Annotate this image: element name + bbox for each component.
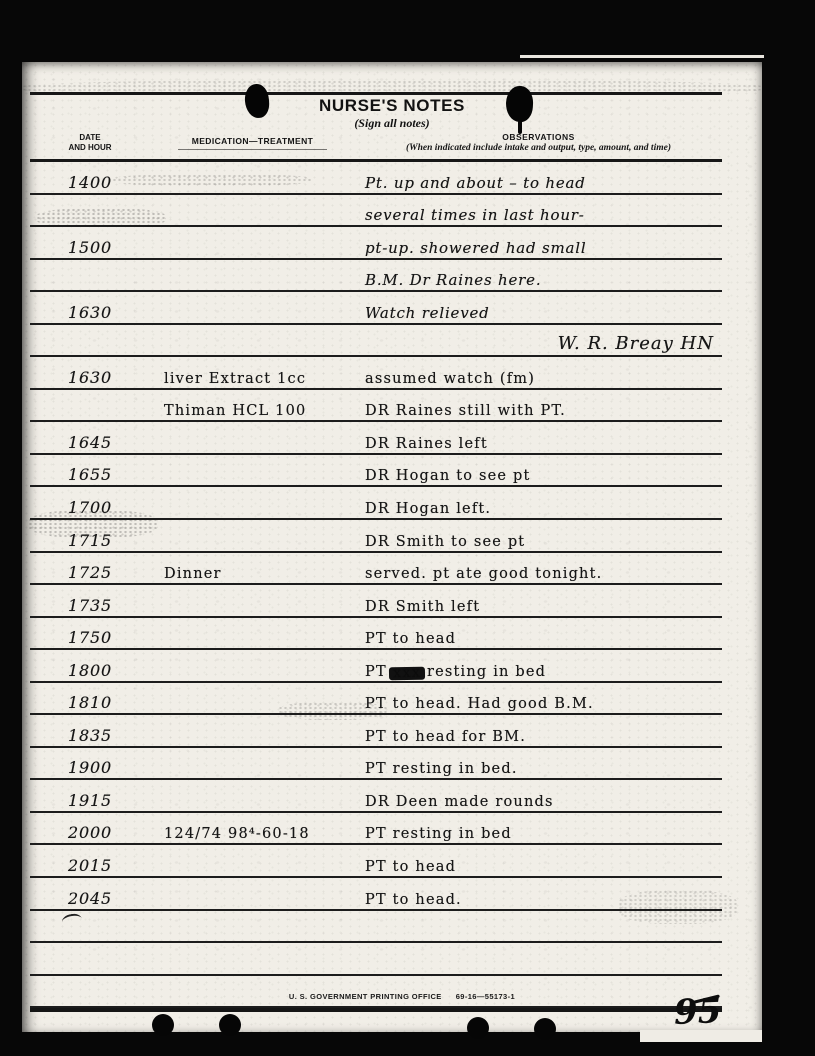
- medication-cell: [150, 520, 355, 550]
- date-cell: [30, 260, 150, 290]
- date-cell: 2000: [30, 813, 150, 843]
- table-row: 1800PT xxx resting in bed: [30, 650, 722, 683]
- date-cell: 1750: [30, 618, 150, 648]
- rows: 1400Pt. up and about – to headseveral ti…: [30, 162, 722, 1008]
- medication-cell: [150, 260, 355, 290]
- date-cell: [30, 390, 150, 420]
- medication-cell: [150, 683, 355, 713]
- date-cell: 2015: [30, 845, 150, 875]
- observation-cell: PT to head: [355, 618, 722, 648]
- table-header-row: DATE AND HOUR MEDICATION—TREATMENT OBSER…: [30, 126, 722, 162]
- medication-cell: [150, 487, 355, 517]
- column-header-medication: MEDICATION—TREATMENT: [150, 126, 355, 159]
- table-row: Thiman HCL 100DR Raines still with PT.: [30, 390, 722, 423]
- observation-cell: [355, 943, 722, 973]
- footer-right-text: 69-16—55173-1: [456, 992, 515, 1001]
- table-row: W. R. Breay HN: [30, 325, 722, 358]
- medication-cell: [150, 943, 355, 973]
- table-row: 2015PT to head: [30, 845, 722, 878]
- medication-cell: [150, 845, 355, 875]
- date-cell: 1400: [30, 162, 150, 192]
- column-header-observations-label: OBSERVATIONS: [355, 132, 722, 142]
- medication-cell: [150, 911, 355, 941]
- observation-cell: DR Smith left: [355, 585, 722, 615]
- punch-hole-icon: [534, 1018, 556, 1040]
- notes-table: DATE AND HOUR MEDICATION—TREATMENT OBSER…: [30, 126, 722, 1012]
- table-row: 1630Watch relieved: [30, 292, 722, 325]
- table-row: [30, 911, 722, 944]
- date-cell: 1800: [30, 650, 150, 680]
- table-row: 1900PT resting in bed.: [30, 748, 722, 781]
- medication-cell: [150, 195, 355, 225]
- table-row: B.M. Dr Raines here.: [30, 260, 722, 293]
- observation-cell: Pt. up and about – to head: [355, 162, 722, 192]
- observation-cell: PT xxx resting in bed: [355, 650, 722, 680]
- date-cell: 1810: [30, 683, 150, 713]
- scan-border-right: [762, 0, 815, 1056]
- scan-border-top: [0, 0, 815, 62]
- print-office-footer: U. S. GOVERNMENT PRINTING OFFICE 69-16—5…: [262, 992, 542, 1001]
- observation-cell: assumed watch (fm): [355, 357, 722, 387]
- date-cell: 1835: [30, 715, 150, 745]
- date-cell: 1700: [30, 487, 150, 517]
- table-row: 1400Pt. up and about – to head: [30, 162, 722, 195]
- observation-cell: PT resting in bed.: [355, 748, 722, 778]
- table-row: [30, 943, 722, 976]
- date-cell: [30, 911, 150, 941]
- table-row: 2000124/74 98⁴-60-18PT resting in bed: [30, 813, 722, 846]
- observation-cell: DR Raines left: [355, 422, 722, 452]
- medication-cell: [150, 618, 355, 648]
- scan-artifact-streak: [520, 55, 764, 58]
- table-row: 1750PT to head: [30, 618, 722, 651]
- medication-cell: [150, 585, 355, 615]
- observation-cell: DR Hogan to see pt: [355, 455, 722, 485]
- date-cell: [30, 195, 150, 225]
- medication-cell: [150, 227, 355, 257]
- medication-cell: Dinner: [150, 553, 355, 583]
- scan-white-notch: [640, 1030, 762, 1042]
- observation-cell: DR Deen made rounds: [355, 780, 722, 810]
- medication-cell: [150, 878, 355, 908]
- observation-cell: B.M. Dr Raines here.: [355, 260, 722, 290]
- column-header-date: DATE AND HOUR: [30, 126, 150, 159]
- page-title: NURSE'S NOTES: [22, 96, 762, 116]
- observation-cell: Watch relieved: [355, 292, 722, 322]
- table-row: 1630liver Extract 1ccassumed watch (fm): [30, 357, 722, 390]
- table-row: 1810PT to head. Had good B.M.: [30, 683, 722, 716]
- medication-cell: [150, 292, 355, 322]
- observation-cell: pt-up. showered had small: [355, 227, 722, 257]
- date-cell: 1655: [30, 455, 150, 485]
- top-rule-line: [30, 92, 722, 95]
- date-cell: [30, 325, 150, 355]
- medication-cell: [150, 162, 355, 192]
- medication-cell: [150, 325, 355, 355]
- medication-cell: Thiman HCL 100: [150, 390, 355, 420]
- punch-hole-icon: [152, 1014, 174, 1036]
- nurse-signature: W. R. Breay HN: [355, 325, 722, 355]
- table-row: 1915DR Deen made rounds: [30, 780, 722, 813]
- date-cell: 1725: [30, 553, 150, 583]
- table-row: several times in last hour-: [30, 195, 722, 228]
- medication-cell: [150, 422, 355, 452]
- date-cell: [30, 943, 150, 973]
- nurses-notes-page: NURSE'S NOTES (Sign all notes) DATE AND …: [22, 62, 762, 1032]
- medication-cell: [150, 748, 355, 778]
- column-header-observations: OBSERVATIONS (When indicated include int…: [355, 126, 722, 159]
- date-cell: 1630: [30, 357, 150, 387]
- date-cell: 1500: [30, 227, 150, 257]
- table-row: 1500pt-up. showered had small: [30, 227, 722, 260]
- date-cell: [30, 976, 150, 1006]
- date-cell: 1735: [30, 585, 150, 615]
- observation-cell: PT to head: [355, 845, 722, 875]
- table-row: 1835PT to head for BM.: [30, 715, 722, 748]
- table-row: 1715DR Smith to see pt: [30, 520, 722, 553]
- observation-cell: [355, 911, 722, 941]
- table-row: 1735DR Smith left: [30, 585, 722, 618]
- table-row: 1655DR Hogan to see pt: [30, 455, 722, 488]
- observation-cell: PT to head. Had good B.M.: [355, 683, 722, 713]
- observation-cell: PT resting in bed: [355, 813, 722, 843]
- date-cell: 1900: [30, 748, 150, 778]
- observation-cell: DR Raines still with PT.: [355, 390, 722, 420]
- scribbled-out-word: xxx: [389, 666, 425, 680]
- medication-cell: [150, 650, 355, 680]
- date-cell: 1915: [30, 780, 150, 810]
- observation-cell: DR Hogan left.: [355, 487, 722, 517]
- punch-hole-icon: [467, 1017, 489, 1039]
- observation-cell: served. pt ate good tonight.: [355, 553, 722, 583]
- date-cell: 1645: [30, 422, 150, 452]
- table-row: 1645DR Raines left: [30, 422, 722, 455]
- date-cell: 1715: [30, 520, 150, 550]
- table-row: 1700DR Hogan left.: [30, 487, 722, 520]
- medication-cell: liver Extract 1cc: [150, 357, 355, 387]
- date-cell: 2045: [30, 878, 150, 908]
- punch-hole-icon: [219, 1014, 241, 1036]
- scan-border-left: [0, 0, 22, 1056]
- observation-cell: PT to head for BM.: [355, 715, 722, 745]
- observation-cell: PT to head.: [355, 878, 722, 908]
- footer-left-text: U. S. GOVERNMENT PRINTING OFFICE: [289, 992, 442, 1001]
- observation-cell: several times in last hour-: [355, 195, 722, 225]
- table-row: 2045PT to head.: [30, 878, 722, 911]
- column-header-observations-sublabel: (When indicated include intake and outpu…: [355, 143, 722, 153]
- date-cell: 1630: [30, 292, 150, 322]
- medication-cell: [150, 715, 355, 745]
- column-header-medication-label: MEDICATION—TREATMENT: [178, 136, 327, 150]
- medication-cell: 124/74 98⁴-60-18: [150, 813, 355, 843]
- table-row: 1725Dinnerserved. pt ate good tonight.: [30, 553, 722, 586]
- medication-cell: [150, 455, 355, 485]
- medication-cell: [150, 780, 355, 810]
- observation-cell: DR Smith to see pt: [355, 520, 722, 550]
